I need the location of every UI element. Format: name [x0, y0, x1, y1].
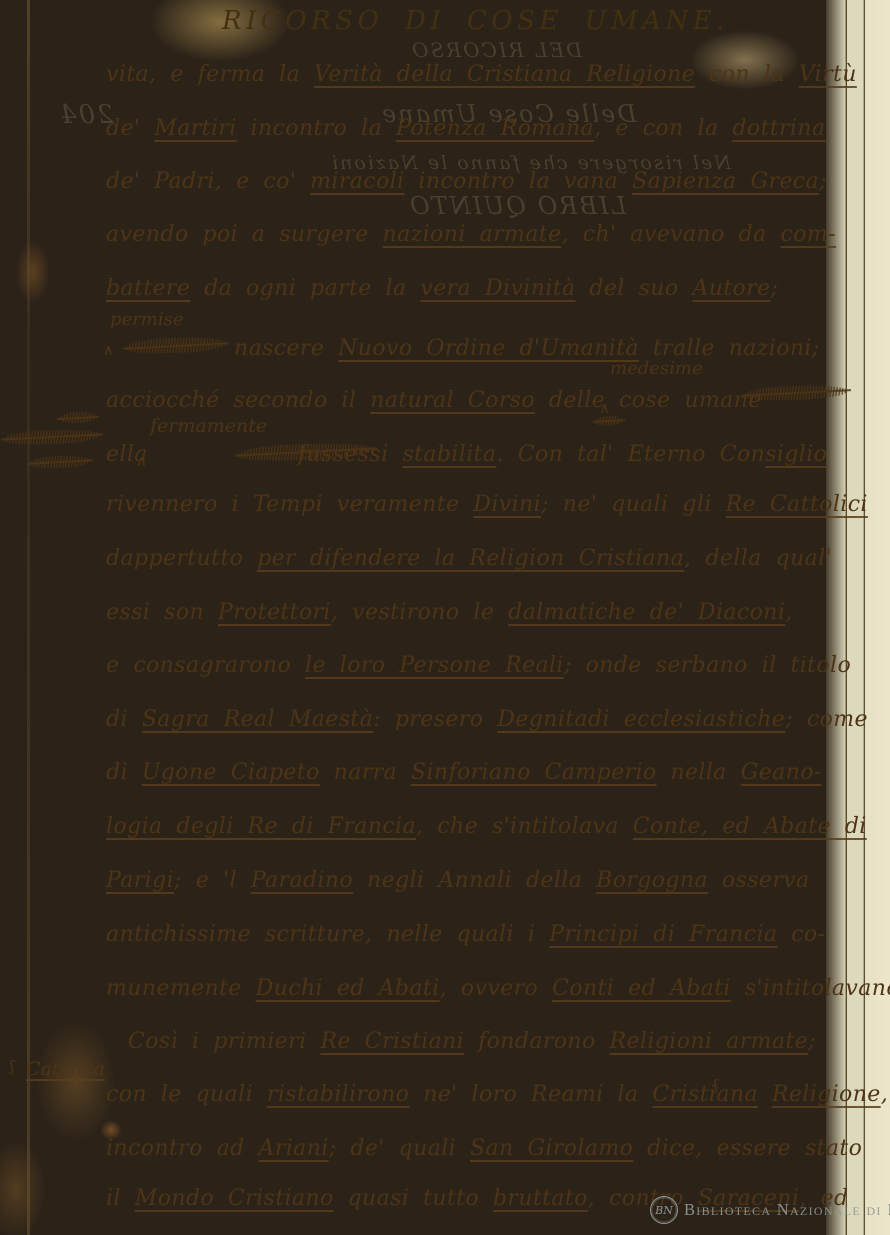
marginal-note: Catolica — [26, 1058, 105, 1080]
library-watermark: BN Biblioteca Nazionale di Napoli — [650, 1196, 890, 1224]
library-watermark-text: Biblioteca Nazionale di Napoli — [684, 1200, 890, 1220]
manuscript-page: DEL RICORSODelle Cose UmaneNel risorgere… — [0, 0, 890, 1235]
margin-notes-layer: Catolica — [0, 0, 890, 1235]
library-logo-icon: BN — [650, 1196, 678, 1224]
